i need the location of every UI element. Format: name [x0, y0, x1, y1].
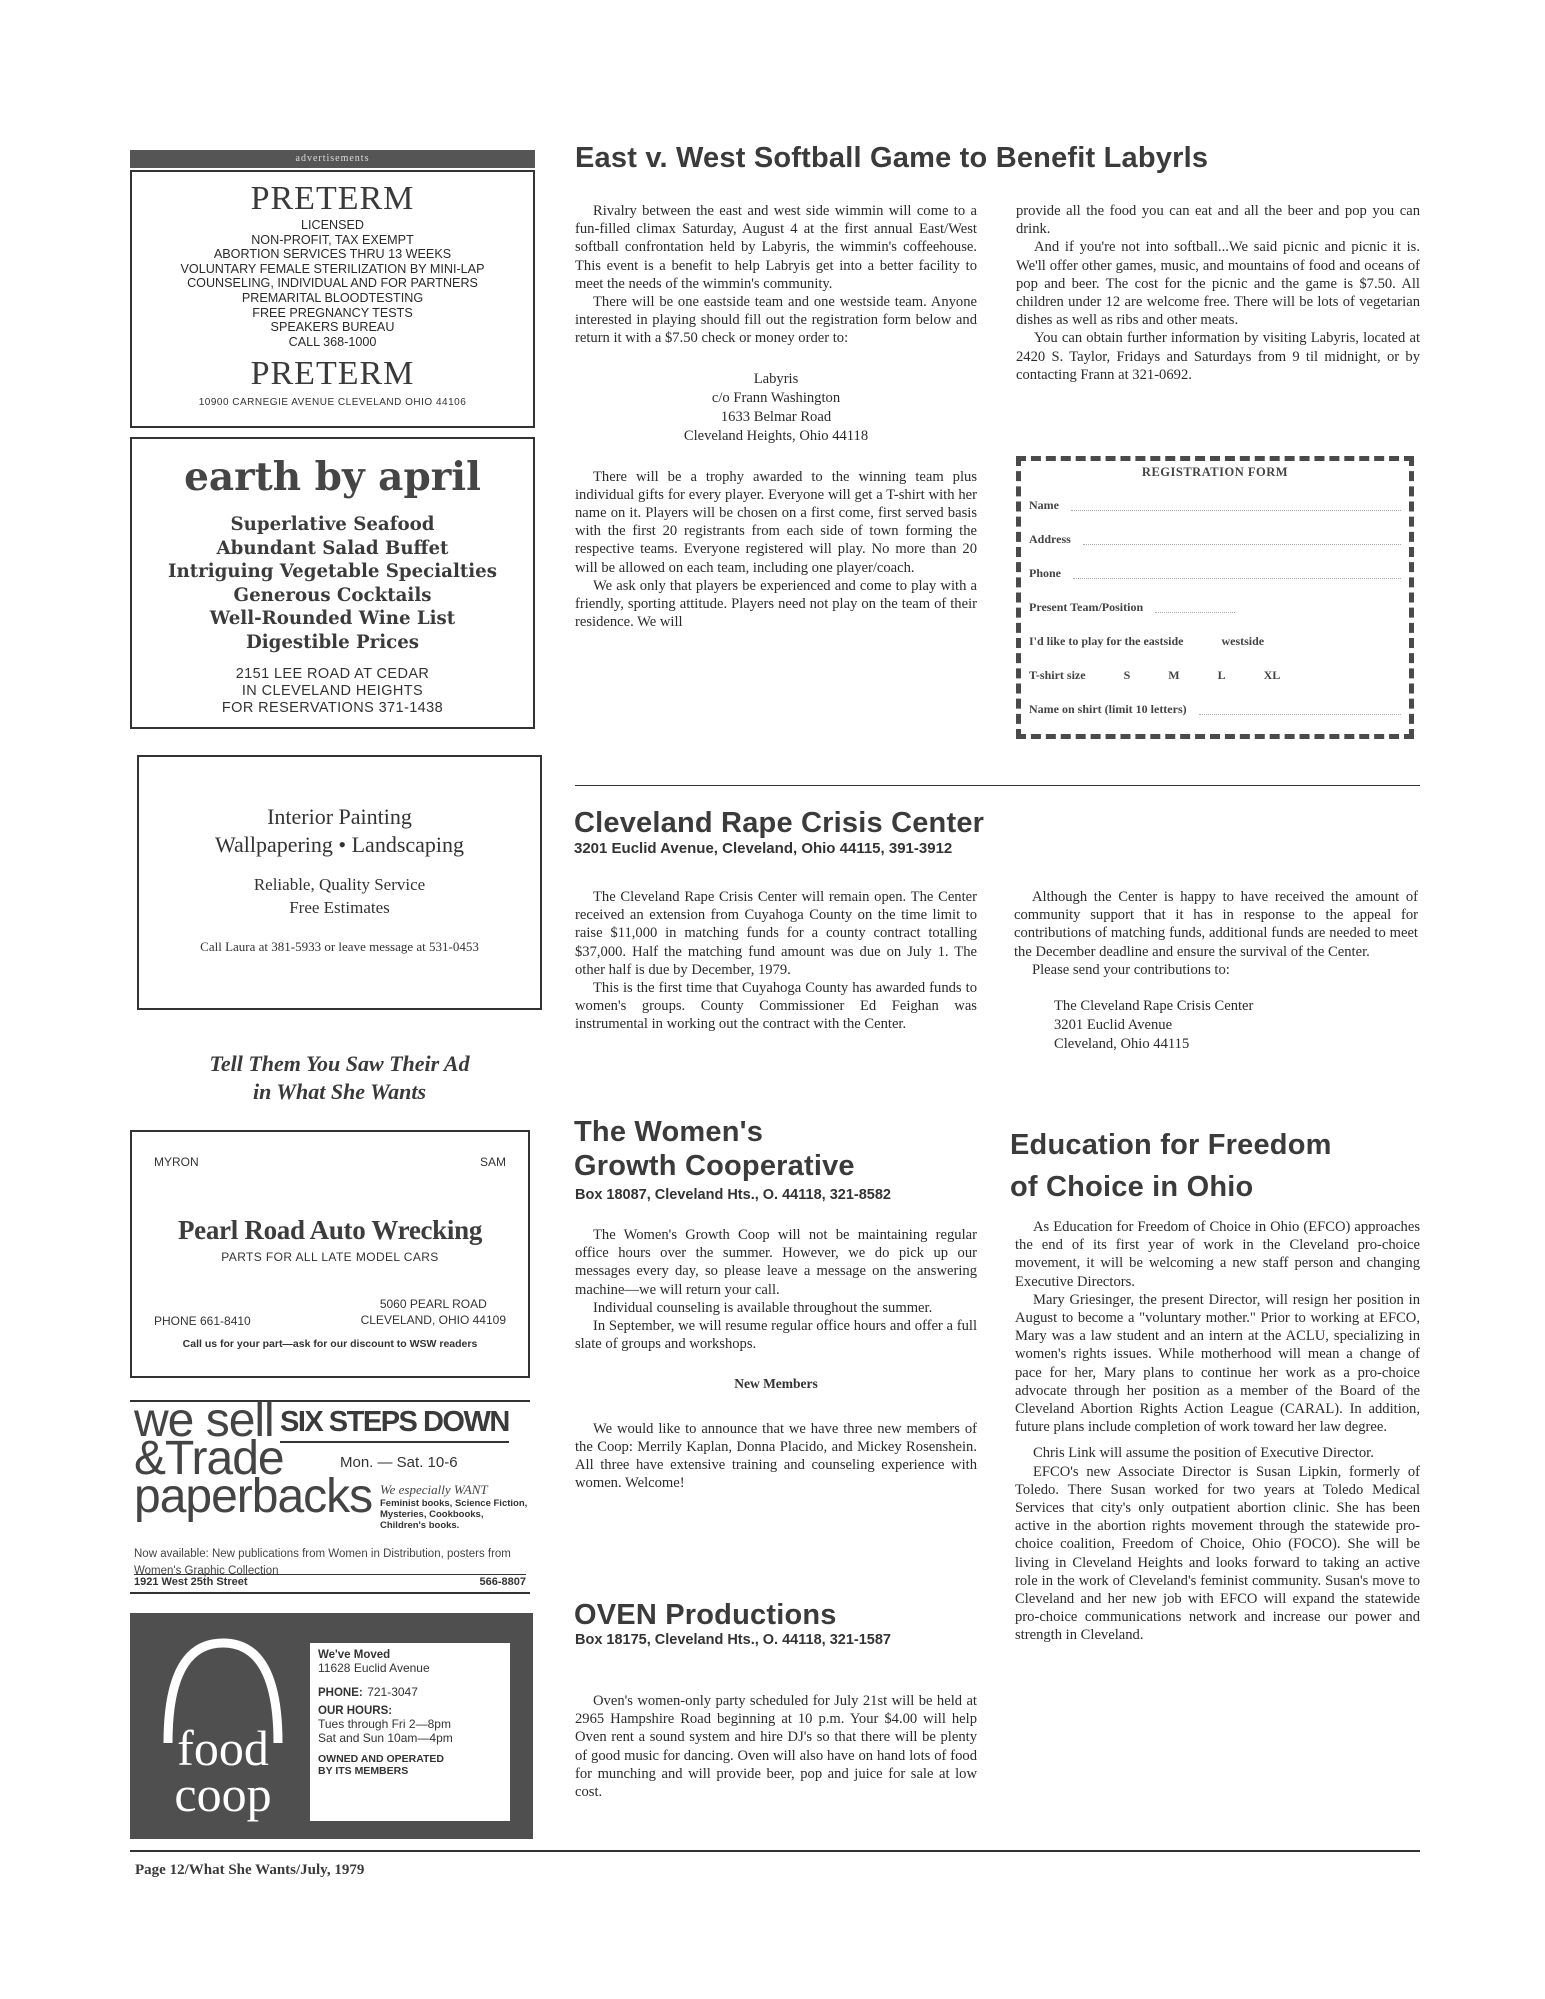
- headline-line1: Education for Freedom: [1010, 1124, 1332, 1166]
- owned-line2: BY ITS MEMBERS: [318, 1765, 502, 1777]
- rape-crisis-col1: The Cleveland Rape Crisis Center will re…: [575, 888, 977, 1034]
- oven-subhead: Box 18175, Cleveland Hts., O. 44118, 321…: [575, 1632, 891, 1648]
- paragraph: We would like to announce that we have t…: [575, 1420, 977, 1493]
- preterm-logo-top: PRETERM: [132, 180, 533, 218]
- address-line: The Cleveland Rape Crisis Center: [1054, 997, 1418, 1016]
- form-address-row[interactable]: Address: [1029, 522, 1401, 556]
- address-line: c/o Frann Washington: [575, 389, 977, 408]
- pearl-road-discount: Call us for your part—ask for our discou…: [132, 1338, 528, 1350]
- oven-headline: OVEN Productions: [574, 1598, 837, 1632]
- section-divider: [575, 785, 1420, 786]
- advertisements-banner: advertisements: [130, 150, 535, 168]
- rape-crisis-headline: Cleveland Rape Crisis Center: [574, 806, 984, 840]
- location-line: IN CLEVELAND HEIGHTS: [132, 683, 533, 700]
- registration-form: REGISTRATION FORM Name Address Phone Pre…: [1016, 456, 1414, 739]
- painting-line1: Interior Painting: [139, 803, 540, 831]
- address-line: 1633 Belmar Road: [575, 408, 977, 427]
- preterm-line: COUNSELING, INDIVIDUAL AND FOR PARTNERS: [132, 276, 533, 291]
- feature-line: Well-Rounded Wine List: [132, 607, 533, 631]
- feature-line: Generous Cocktails: [132, 584, 533, 608]
- paragraph: Please send your contributions to:: [1014, 961, 1418, 979]
- form-name-row[interactable]: Name: [1029, 488, 1401, 522]
- feature-line: Abundant Salad Buffet: [132, 537, 533, 561]
- paragraph: Individual counseling is available throu…: [575, 1299, 977, 1317]
- headline-line1: The Women's: [574, 1115, 855, 1149]
- form-tshirt-row[interactable]: T-shirt size S M L XL: [1029, 658, 1401, 692]
- pearl-road-address: 5060 PEARL ROAD CLEVELAND, OHIO 44109: [361, 1296, 506, 1328]
- pearl-road-phone: PHONE 661-8410: [154, 1314, 251, 1328]
- script-line3: paperbacks: [134, 1478, 372, 1516]
- painting-contact: Call Laura at 381-5933 or leave message …: [139, 939, 540, 955]
- six-steps-address: 1921 West 25th Street: [134, 1576, 248, 1588]
- growth-coop-subhead: Box 18087, Cleveland Hts., O. 44118, 321…: [575, 1187, 891, 1203]
- preterm-line: VOLUNTARY FEMALE STERILIZATION BY MINI-L…: [132, 262, 533, 277]
- efco-body: As Education for Freedom of Choice in Oh…: [1015, 1218, 1420, 1645]
- paragraph: You can obtain further information by vi…: [1016, 329, 1420, 384]
- oven-body: Oven's women-only party scheduled for Ju…: [575, 1692, 977, 1801]
- six-steps-genres: Feminist books, Science Fiction, Mysteri…: [380, 1498, 530, 1531]
- growth-coop-headline: The Women's Growth Cooperative: [574, 1115, 855, 1183]
- feature-line: Digestible Prices: [132, 631, 533, 655]
- coop-logo-text: coop: [174, 1766, 271, 1822]
- phone-label: PHONE:: [318, 1687, 363, 1699]
- paragraph: As Education for Freedom of Choice in Oh…: [1015, 1218, 1420, 1291]
- play-for-label: I'd like to play for the eastside: [1029, 634, 1183, 649]
- food-coop-ad: food coop We've Moved 11628 Euclid Avenu…: [130, 1613, 533, 1839]
- food-coop-logo-icon: food coop: [148, 1633, 298, 1823]
- form-phone-row[interactable]: Phone: [1029, 556, 1401, 590]
- softball-col1: Rivalry between the east and west side w…: [575, 202, 977, 631]
- coop-address: 11628 Euclid Avenue: [318, 1661, 502, 1675]
- owner-sam: SAM: [480, 1155, 506, 1169]
- preterm-address: 10900 CARNEGIE AVENUE CLEVELAND OHIO 441…: [132, 397, 533, 408]
- softball-col2: provide all the food you can eat and all…: [1016, 202, 1420, 384]
- six-steps-down-ad: we sell &Trade paperbacks SIX STEPS DOWN…: [130, 1400, 530, 1594]
- location-line: FOR RESERVATIONS 371-1438: [132, 700, 533, 717]
- earth-by-april-ad: earth by april Superlative Seafood Abund…: [130, 437, 535, 729]
- size-s[interactable]: S: [1124, 668, 1131, 683]
- address-field[interactable]: [1083, 534, 1401, 545]
- pearl-road-ad: MYRON SAM Pearl Road Auto Wrecking PARTS…: [130, 1130, 530, 1378]
- painting-line2: Wallpapering • Landscaping: [139, 831, 540, 859]
- food-coop-info: We've Moved 11628 Euclid Avenue PHONE: 7…: [310, 1643, 510, 1821]
- page-footer: Page 12/What She Wants/July, 1979: [135, 1862, 364, 1879]
- pearl-road-tagline: PARTS FOR ALL LATE MODEL CARS: [132, 1250, 528, 1264]
- paragraph: Mary Griesinger, the present Director, w…: [1015, 1291, 1420, 1437]
- team-label: Present Team/Position: [1029, 600, 1143, 615]
- form-title: REGISTRATION FORM: [1029, 465, 1401, 480]
- rape-crisis-address: The Cleveland Rape Crisis Center 3201 Eu…: [1014, 997, 1418, 1054]
- labyris-address: Labyris c/o Frann Washington 1633 Belmar…: [575, 370, 977, 446]
- tshirt-label: T-shirt size: [1029, 668, 1086, 683]
- paragraph: EFCO's new Associate Director is Susan L…: [1015, 1463, 1420, 1645]
- six-steps-phone: 566-8807: [480, 1576, 527, 1588]
- preterm-line: CALL 368-1000: [132, 335, 533, 350]
- preterm-line: NON-PROFIT, TAX EXEMPT: [132, 233, 533, 248]
- rape-crisis-subhead: 3201 Euclid Avenue, Cleveland, Ohio 4411…: [574, 840, 952, 857]
- hours-weekend: Sat and Sun 10am—4pm: [318, 1731, 502, 1745]
- size-xl[interactable]: XL: [1264, 668, 1281, 683]
- paragraph: There will be a trophy awarded to the wi…: [575, 468, 977, 577]
- address-line2: CLEVELAND, OHIO 44109: [361, 1312, 506, 1328]
- preterm-line: LICENSED: [132, 218, 533, 233]
- form-shirt-name-row[interactable]: Name on shirt (limit 10 letters): [1029, 692, 1401, 726]
- rape-crisis-col2: Although the Center is happy to have rec…: [1014, 888, 1418, 1054]
- size-m[interactable]: M: [1168, 668, 1179, 683]
- shirt-name-field[interactable]: [1199, 704, 1401, 715]
- hours-weekday: Tues through Fri 2—8pm: [318, 1717, 502, 1731]
- name-field[interactable]: [1071, 500, 1401, 511]
- preterm-ad: PRETERM LICENSED NON-PROFIT, TAX EXEMPT …: [130, 170, 535, 428]
- six-steps-title: SIX STEPS DOWN: [280, 1406, 509, 1443]
- preterm-services: LICENSED NON-PROFIT, TAX EXEMPT ABORTION…: [132, 218, 533, 349]
- coop-phone: 721-3047: [367, 1685, 418, 1699]
- paragraph: Rivalry between the east and west side w…: [575, 202, 977, 293]
- footer-rule: [130, 1850, 1420, 1852]
- form-side-row[interactable]: I'd like to play for the eastsidewestsid…: [1029, 624, 1401, 658]
- paragraph: There will be one eastside team and one …: [575, 293, 977, 348]
- shirt-name-label: Name on shirt (limit 10 letters): [1029, 702, 1187, 717]
- address-line: Cleveland Heights, Ohio 44118: [575, 427, 977, 446]
- preterm-line: SPEAKERS BUREAU: [132, 320, 533, 335]
- softball-headline: East v. West Softball Game to Benefit La…: [575, 140, 1208, 176]
- six-steps-want: We especially WANT: [380, 1482, 488, 1498]
- feature-line: Superlative Seafood: [132, 513, 533, 537]
- paragraph: The Cleveland Rape Crisis Center will re…: [575, 888, 977, 979]
- headline-line2: Growth Cooperative: [574, 1149, 855, 1183]
- paragraph: Chris Link will assume the position of E…: [1015, 1444, 1420, 1462]
- earth-location: 2151 LEE ROAD AT CEDAR IN CLEVELAND HEIG…: [132, 666, 533, 717]
- painting-quality: Reliable, Quality Service Free Estimates: [139, 873, 540, 919]
- phone-label: Phone: [1029, 566, 1061, 581]
- painting-services: Interior Painting Wallpapering • Landsca…: [139, 803, 540, 859]
- tell-them-slogan: Tell Them You Saw Their Ad in What She W…: [137, 1050, 542, 1106]
- paragraph: The Women's Growth Coop will not be main…: [575, 1226, 977, 1299]
- phone-field[interactable]: [1073, 568, 1401, 579]
- slogan-line2: in What She Wants: [137, 1078, 542, 1106]
- owned-line1: OWNED AND OPERATED: [318, 1753, 502, 1765]
- slogan-line1: Tell Them You Saw Their Ad: [137, 1050, 542, 1078]
- paragraph: provide all the food you can eat and all…: [1016, 202, 1420, 238]
- address-line1: 5060 PEARL ROAD: [361, 1296, 506, 1312]
- owner-myron: MYRON: [154, 1155, 199, 1169]
- preterm-line: FREE PREGNANCY TESTS: [132, 306, 533, 321]
- preterm-line: ABORTION SERVICES THRU 13 WEEKS: [132, 247, 533, 262]
- address-line: Labyris: [575, 370, 977, 389]
- pearl-road-name: Pearl Road Auto Wrecking: [132, 1215, 528, 1246]
- paragraph: And if you're not into softball...We sai…: [1016, 238, 1420, 329]
- location-line: 2151 LEE ROAD AT CEDAR: [132, 666, 533, 683]
- painting-ad: Interior Painting Wallpapering • Landsca…: [137, 755, 542, 1010]
- headline-line2: of Choice in Ohio: [1010, 1166, 1332, 1208]
- westside-option[interactable]: westside: [1221, 634, 1264, 649]
- efco-headline: Education for Freedom of Choice in Ohio: [1010, 1124, 1332, 1208]
- preterm-line: PREMARITAL BLOODTESTING: [132, 291, 533, 306]
- address-line: Cleveland, Ohio 44115: [1054, 1035, 1418, 1054]
- earth-by-april-logo: earth by april: [132, 455, 533, 499]
- new-members-heading: New Members: [575, 1375, 977, 1393]
- form-team-row[interactable]: Present Team/Position: [1029, 590, 1401, 624]
- feature-line: Intriguing Vegetable Specialties: [132, 560, 533, 584]
- address-line: 3201 Euclid Avenue: [1054, 1016, 1418, 1035]
- paragraph: This is the first time that Cuyahoga Cou…: [575, 979, 977, 1034]
- painting-line3: Reliable, Quality Service: [139, 873, 540, 896]
- paragraph: In September, we will resume regular off…: [575, 1317, 977, 1353]
- earth-features: Superlative Seafood Abundant Salad Buffe…: [132, 513, 533, 654]
- growth-coop-body: The Women's Growth Coop will not be main…: [575, 1226, 977, 1492]
- six-steps-hours: Mon. — Sat. 10-6: [340, 1454, 458, 1471]
- preterm-logo-bottom: PRETERM: [132, 355, 533, 393]
- moved-label: We've Moved: [318, 1649, 502, 1661]
- team-field[interactable]: [1155, 602, 1235, 613]
- hours-label: OUR HOURS:: [318, 1705, 502, 1717]
- paragraph: Oven's women-only party scheduled for Ju…: [575, 1692, 977, 1801]
- painting-line4: Free Estimates: [139, 896, 540, 919]
- name-label: Name: [1029, 498, 1059, 513]
- size-l[interactable]: L: [1218, 668, 1226, 683]
- address-label: Address: [1029, 532, 1071, 547]
- paragraph: We ask only that players be experienced …: [575, 577, 977, 632]
- paragraph: Although the Center is happy to have rec…: [1014, 888, 1418, 961]
